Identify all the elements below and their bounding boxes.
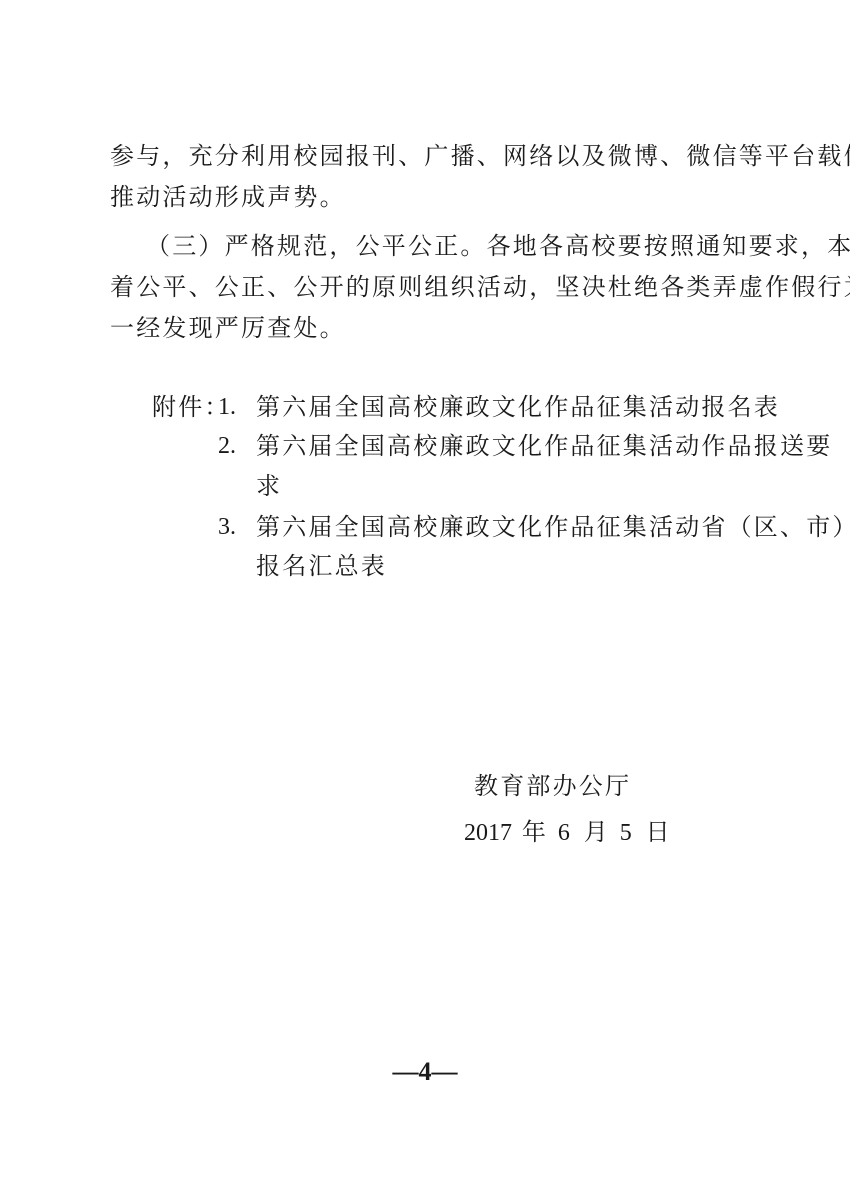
paragraph-line: 参与，充分利用校园报刊、广播、网络以及微博、微信等平台载体， <box>110 142 850 170</box>
attachment-number: 3. <box>218 513 236 541</box>
paragraph-line: 一经发现严厉查处。 <box>110 314 346 342</box>
attachment-title-continued: 求 <box>256 472 282 500</box>
date-month: 6 <box>558 820 570 846</box>
attachment-title: 第六届全国高校廉政文化作品征集活动省（区、市） <box>256 513 850 541</box>
attachment-number: 1. <box>218 393 236 421</box>
date-day: 5 <box>620 820 632 846</box>
paragraph-line: 着公平、公正、公开的原则组织活动，坚决杜绝各类弄虚作假行为， <box>110 273 850 301</box>
attachment-title: 第六届全国高校廉政文化作品征集活动报名表 <box>256 393 780 421</box>
date-year: 2017 <box>464 820 512 846</box>
attachment-number: 2. <box>218 432 236 460</box>
attachment-title: 第六届全国高校廉政文化作品征集活动作品报送要 <box>256 432 832 460</box>
date-year-unit: 年 <box>522 818 548 846</box>
paragraph-line: 推动活动形成声势。 <box>110 183 346 211</box>
date-day-unit: 日 <box>646 818 672 846</box>
attachment-title-continued: 报名汇总表 <box>256 552 387 580</box>
paragraph-line: （三）严格规范，公平公正。各地各高校要按照通知要求，本 <box>146 232 850 260</box>
issuer-name: 教育部办公厅 <box>474 772 631 800</box>
page-number: —4— <box>0 1057 850 1087</box>
date-month-unit: 月 <box>584 818 610 846</box>
issue-date: 2017 年 6 月 5 日 <box>464 818 672 847</box>
